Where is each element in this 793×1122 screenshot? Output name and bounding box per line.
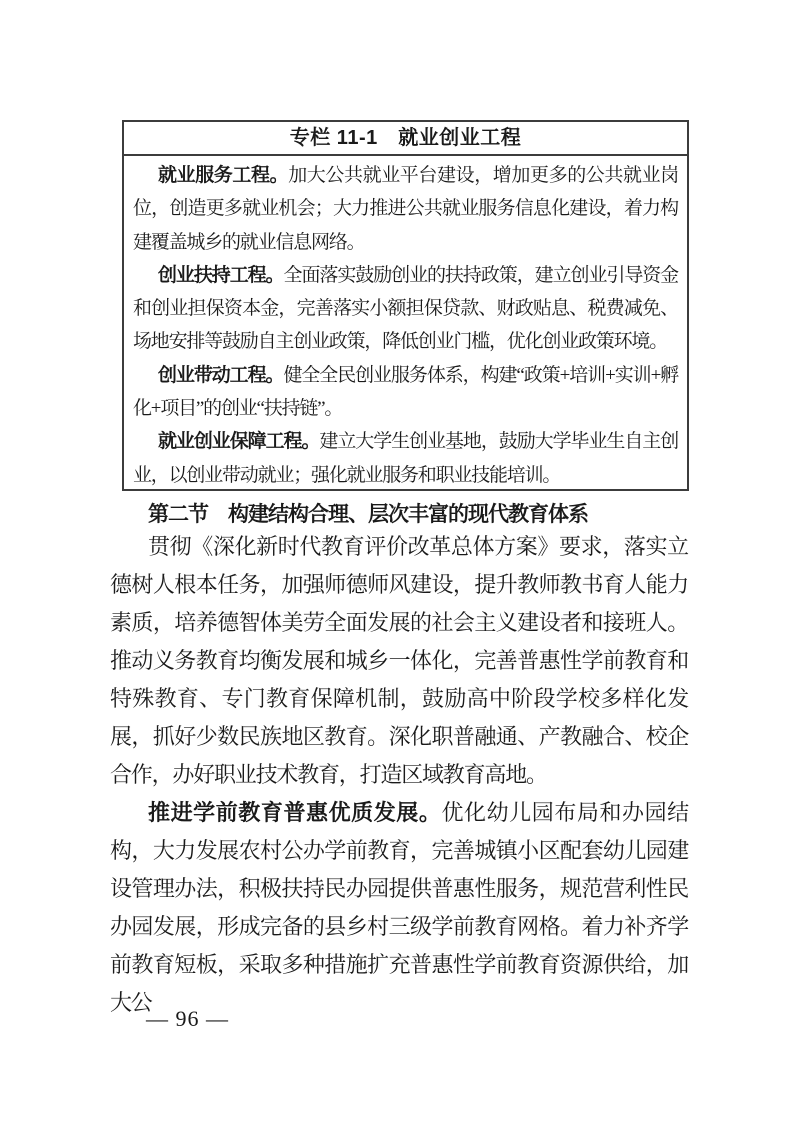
feature-box-title: 专栏 11-1 就业创业工程 (124, 122, 687, 156)
body-paragraph-text: 优化幼儿园布局和办园结构，大力发展农村公办学前教育，完善城镇小区配套幼儿园建设管… (110, 800, 688, 1015)
box-paragraph: 就业服务工程。加大公共就业平台建设，增加更多的公共就业岗位，创造更多就业机会；大… (133, 159, 678, 259)
page-number: — 96 — (146, 1006, 229, 1032)
box-paragraph-lead: 就业服务工程。 (158, 165, 288, 186)
document-page: 专栏 11-1 就业创业工程 就业服务工程。加大公共就业平台建设，增加更多的公共… (0, 0, 793, 1122)
body-paragraph-lead: 推进学前教育普惠优质发展。 (148, 800, 441, 825)
box-paragraph-lead: 创业扶持工程。 (158, 265, 284, 286)
body-paragraph: 推进学前教育普惠优质发展。优化幼儿园布局和办园结构，大力发展农村公办学前教育，完… (110, 794, 688, 1022)
box-paragraph: 创业带动工程。健全全民创业服务体系，构建“政策+培训+实训+孵化+项目”的创业“… (133, 359, 678, 426)
box-paragraph: 就业创业保障工程。建立大学生创业基地，鼓励大学毕业生自主创业，以创业带动就业；强… (133, 425, 678, 492)
feature-box: 专栏 11-1 就业创业工程 就业服务工程。加大公共就业平台建设，增加更多的公共… (122, 120, 689, 491)
feature-box-body: 就业服务工程。加大公共就业平台建设，增加更多的公共就业岗位，创造更多就业机会；大… (124, 156, 687, 492)
section-heading: 第二节 构建结构合理、层次丰富的现代教育体系 (148, 499, 688, 529)
box-paragraph-lead: 创业带动工程。 (158, 365, 283, 386)
body-text: 贯彻《深化新时代教育评价改革总体方案》要求，落实立德树人根本任务，加强师德师风建… (110, 528, 688, 1022)
body-paragraph: 贯彻《深化新时代教育评价改革总体方案》要求，落实立德树人根本任务，加强师德师风建… (110, 528, 688, 794)
body-paragraph-text: 贯彻《深化新时代教育评价改革总体方案》要求，落实立德树人根本任务，加强师德师风建… (110, 534, 688, 787)
box-paragraph: 创业扶持工程。全面落实鼓励创业的扶持政策，建立创业引导资金和创业担保资本金，完善… (133, 259, 678, 359)
box-paragraph-lead: 就业创业保障工程。 (158, 431, 319, 452)
